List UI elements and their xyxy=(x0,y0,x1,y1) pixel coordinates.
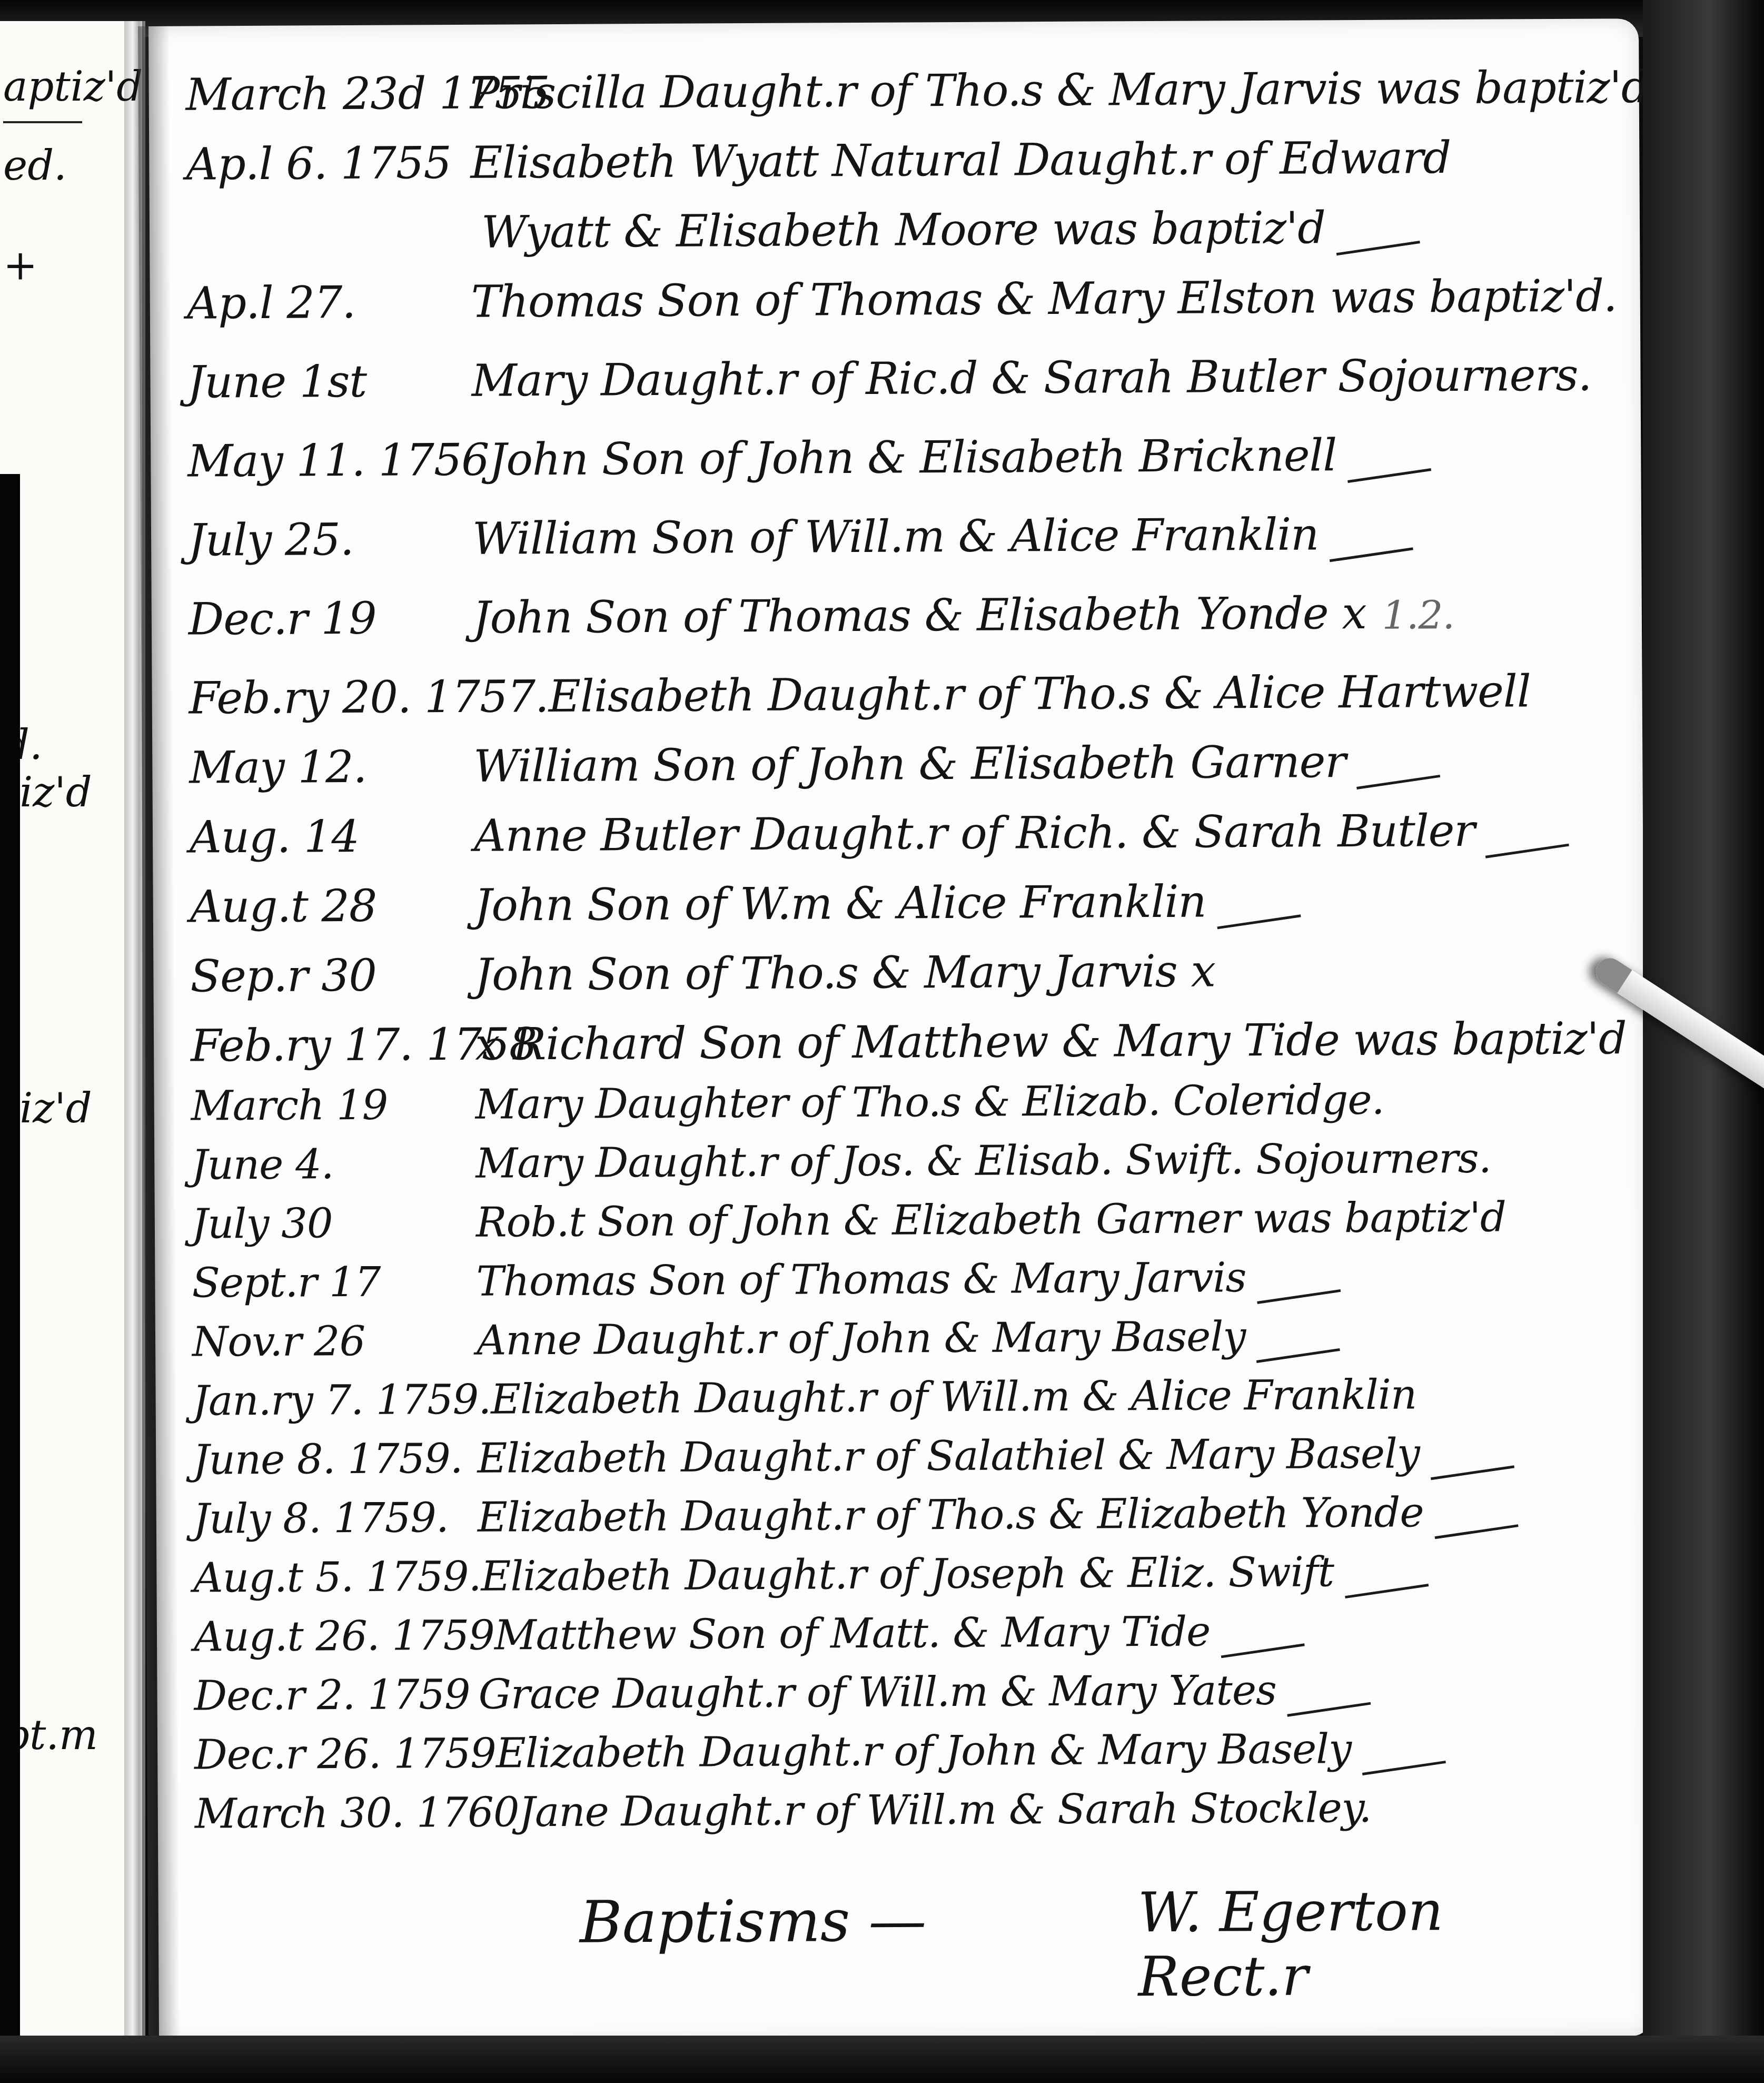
entry-text: John Son of Tho.s & Mary Jarvis x xyxy=(474,949,1215,996)
entry-text: William Son of Will.m & Alice Franklin xyxy=(472,512,1319,560)
entry-date: Sep.r 30 xyxy=(190,953,474,999)
entry-text: Matthew Son of Matt. & Mary Tide xyxy=(494,1611,1211,1656)
entry-date: July 25. xyxy=(188,517,472,562)
section-heading: Baptisms — xyxy=(580,1887,927,1956)
entry-date: Ap.l 27. xyxy=(187,280,471,325)
register-entry: March 30. 1760Jane Daught.r of Will.m & … xyxy=(194,1768,1627,1834)
margin-note: 1.2. xyxy=(1382,596,1454,635)
left-rule xyxy=(3,121,82,123)
entry-text: Wyatt & Elisabeth Moore was baptiz'd xyxy=(481,205,1325,254)
baptism-entries: March 23d 1755Priscilla Daught.r of Tho.… xyxy=(185,40,1627,1834)
entry-text: Thomas Son of Thomas & Mary Elston was b… xyxy=(471,273,1617,323)
entry-text: Thomas Son of Thomas & Mary Jarvis xyxy=(476,1257,1246,1302)
register-entry: March 23d 1755Priscilla Daught.r of Tho.… xyxy=(185,40,1618,116)
register-entry: March 19Mary Daughter of Tho.s & Elizab.… xyxy=(191,1060,1623,1127)
page-footer: Baptisms — W. Egerton Rect.r xyxy=(158,1862,1591,1975)
entry-text: Priscilla Daught.r of Tho.s & Mary Jarvi… xyxy=(470,65,1649,115)
register-entry: Dec.r 26. 1759Elizabeth Daught.r of John… xyxy=(194,1709,1627,1775)
register-entry: Ap.l 6. 1755Elisabeth Wyatt Natural Daug… xyxy=(186,109,1619,186)
register-entry: May 12.William Son of John & Elisabeth G… xyxy=(189,713,1622,789)
register-entry: July 30Rob.t Son of John & Elizabeth Gar… xyxy=(192,1178,1624,1245)
bottom-shadow xyxy=(0,2036,1764,2083)
rector-signature: W. Egerton Rect.r xyxy=(1137,1878,1591,2009)
entry-text: Anne Butler Daught.r of Rich. & Sarah Bu… xyxy=(474,808,1475,858)
register-entry: May 11. 1756John Son of John & Elisabeth… xyxy=(187,397,1620,483)
entry-text: Mary Daught.r of Jos. & Elisab. Swift. S… xyxy=(475,1138,1491,1184)
entry-date: Aug.t 28 xyxy=(190,883,474,929)
entry-date: May 11. 1756 xyxy=(187,438,489,483)
register-entry: June 1stMary Daught.r of Ric.d & Sarah B… xyxy=(187,318,1620,404)
register-entry: Aug. 14Anne Butler Daught.r of Rich. & S… xyxy=(190,782,1622,859)
entry-date: July 30 xyxy=(192,1202,476,1245)
register-entry: Aug.t 5. 1759.Elizabeth Daught.r of Jose… xyxy=(193,1532,1626,1598)
entry-date: Aug.t 26. 1759 xyxy=(194,1615,494,1658)
entry-text: Elisabeth Daught.r of Tho.s & Alice Hart… xyxy=(548,669,1530,718)
entry-text: Elizabeth Daught.r of Salathiel & Mary B… xyxy=(477,1433,1420,1479)
entry-date: March 23d 1755 xyxy=(185,71,470,117)
facing-page-fragment: aptiz'd ed. + d. tiz'd tiz'd pt.m xyxy=(0,21,144,2065)
register-entry: Dec.r 2. 1759Grace Daught.r of Will.m & … xyxy=(194,1650,1627,1716)
entry-date: March 30. 1760 xyxy=(195,1792,519,1834)
entry-date: July 8. 1759. xyxy=(193,1497,478,1540)
register-entry: June 4.Mary Daught.r of Jos. & Elisab. S… xyxy=(191,1119,1624,1186)
register-entry: Feb.ry 20. 1757.Elisabeth Daught.r of Th… xyxy=(189,634,1621,720)
register-entry: Nov.r 26Anne Daught.r of John & Mary Bas… xyxy=(192,1296,1625,1363)
entry-text: William Son of John & Elisabeth Garner xyxy=(473,739,1346,788)
book-binding-edge xyxy=(0,474,20,2080)
entry-date: Aug. 14 xyxy=(190,814,474,860)
entry-date: Jan.ry 7. 1759. xyxy=(192,1379,491,1422)
entry-text: Mary Daught.r of Ric.d & Sarah Butler So… xyxy=(471,353,1591,403)
entry-date: March 19 xyxy=(191,1084,475,1127)
entry-date: Feb.ry 20. 1757. xyxy=(189,674,548,720)
entry-text: Elizabeth Daught.r of Joseph & Eliz. Swi… xyxy=(481,1552,1334,1597)
entry-text: Elizabeth Daught.r of John & Mary Basely xyxy=(496,1729,1352,1774)
entry-date: Dec.r 26. 1759 xyxy=(194,1733,496,1776)
entry-text: Anne Daught.r of John & Mary Basely xyxy=(477,1316,1246,1361)
entry-date: Ap.l 6. 1755 xyxy=(186,141,470,186)
entry-date: June 1st xyxy=(187,359,471,404)
left-fragment: ed. xyxy=(3,142,67,190)
register-entry: July 8. 1759.Elizabeth Daught.r of Tho.s… xyxy=(193,1473,1626,1539)
register-entry: Sep.r 30John Son of Tho.s & Mary Jarvis … xyxy=(190,921,1623,998)
left-fragment: + xyxy=(3,242,37,290)
entry-date: June 4. xyxy=(191,1143,475,1186)
register-entry: Feb.ry 17. 1758x Richard Son of Matthew … xyxy=(191,991,1623,1068)
register-entry: Aug.t 28John Son of W.m & Alice Franklin xyxy=(190,852,1622,929)
entry-text: Rob.t Son of John & Elizabeth Garner was… xyxy=(476,1197,1506,1243)
register-entry-continuation: Wyatt & Elisabeth Moore was baptiz'd xyxy=(186,179,1619,255)
entry-text: Elizabeth Daught.r of Tho.s & Elizabeth … xyxy=(478,1492,1424,1538)
entry-text: John Son of Thomas & Elisabeth Yonde x xyxy=(473,591,1366,640)
entry-date: June 8. 1759. xyxy=(193,1438,477,1481)
register-entry: June 8. 1759.Elizabeth Daught.r of Salat… xyxy=(193,1414,1626,1480)
entry-text: Mary Daughter of Tho.s & Elizab. Colerid… xyxy=(475,1080,1384,1126)
register-entry: Aug.t 26. 1759Matthew Son of Matt. & Mar… xyxy=(194,1591,1627,1657)
register-entry: Sept.r 17Thomas Son of Thomas & Mary Jar… xyxy=(192,1237,1624,1304)
register-entry: Ap.l 27.Thomas Son of Thomas & Mary Elst… xyxy=(186,248,1619,325)
left-fragment: aptiz'd xyxy=(3,63,143,111)
entry-text: Elisabeth Wyatt Natural Daught.r of Edwa… xyxy=(470,135,1451,185)
register-entry: Dec.r 19John Son of Thomas & Elisabeth Y… xyxy=(188,555,1621,641)
entry-text: x Richard Son of Matthew & Mary Tide was… xyxy=(475,1016,1627,1066)
register-entry: July 25.William Son of Will.m & Alice Fr… xyxy=(188,476,1621,562)
entry-date: May 12. xyxy=(189,744,473,790)
register-entry: Jan.ry 7. 1759.Elizabeth Daught.r of Wil… xyxy=(192,1355,1625,1421)
entry-date: Feb.ry 17. 1758 xyxy=(191,1022,475,1068)
register-page: March 23d 1755Priscilla Daught.r of Tho.… xyxy=(148,18,1649,2043)
entry-text: Grace Daught.r of Will.m & Mary Yates xyxy=(478,1670,1276,1715)
entry-text: John Son of W.m & Alice Franklin xyxy=(474,880,1206,927)
entry-date: Dec.r 2. 1759 xyxy=(194,1674,478,1717)
entry-text: Jane Daught.r of Will.m & Sarah Stockley… xyxy=(519,1788,1371,1833)
entry-date: Dec.r 19 xyxy=(189,596,473,641)
entry-text: Elizabeth Daught.r of Will.m & Alice Fra… xyxy=(491,1374,1416,1420)
entry-text: John Son of John & Elisabeth Bricknell xyxy=(489,433,1336,481)
entry-date: Sept.r 17 xyxy=(192,1261,476,1304)
entry-date: Nov.r 26 xyxy=(192,1320,477,1363)
entry-date: Aug.t 5. 1759. xyxy=(193,1556,481,1599)
